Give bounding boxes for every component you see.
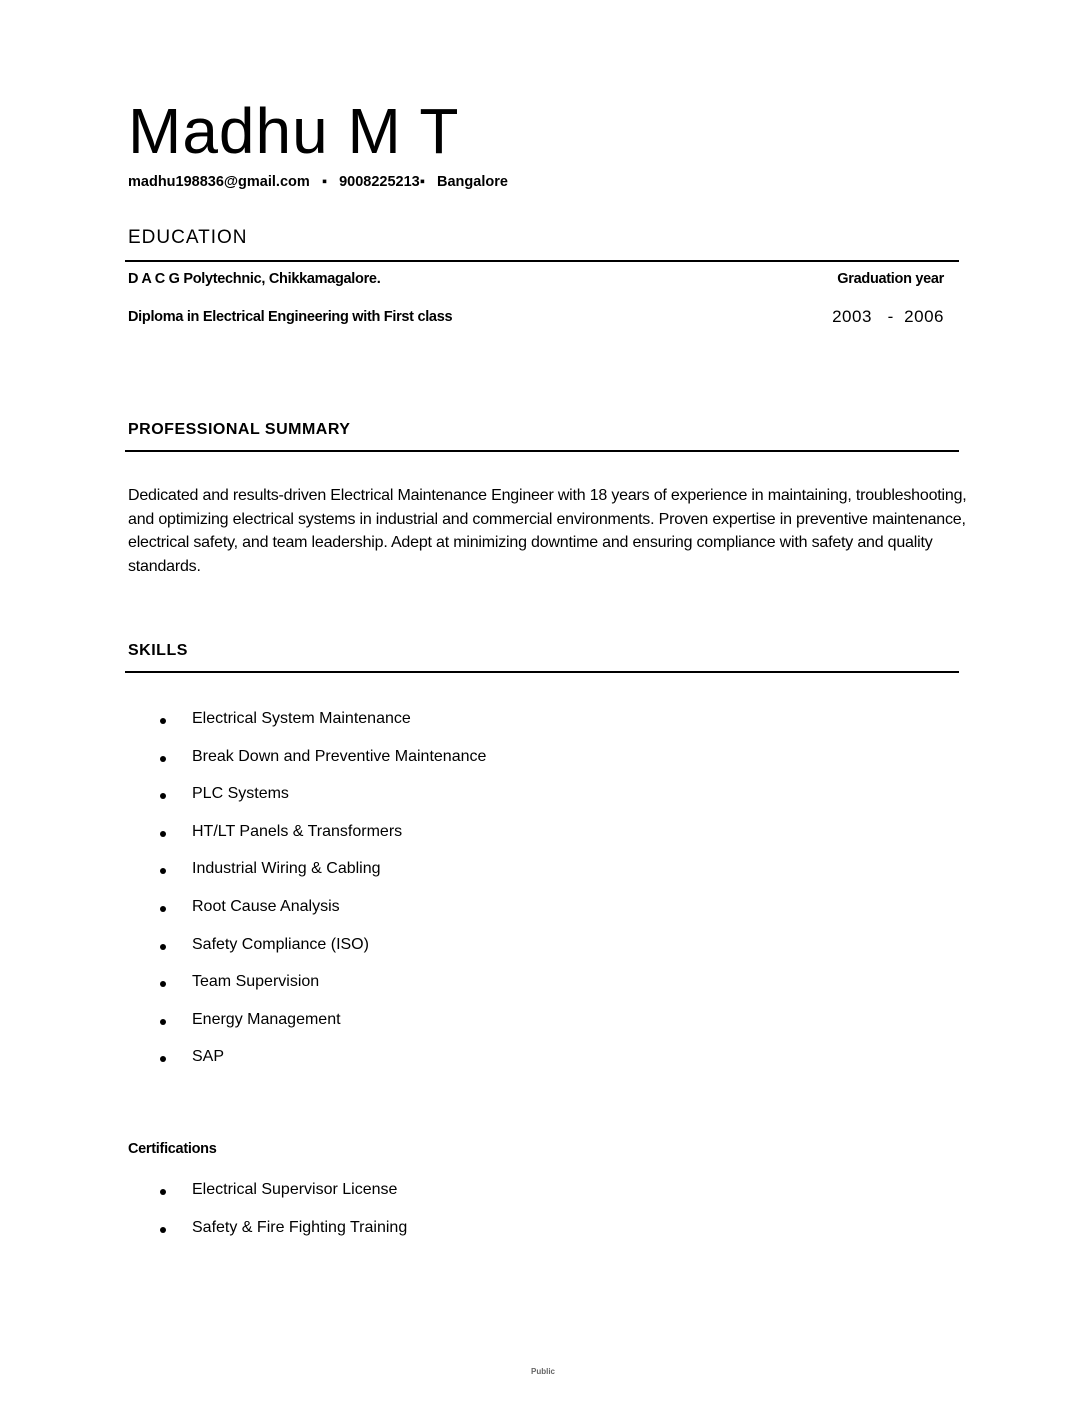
list-item-text: SAP xyxy=(192,1048,224,1066)
list-item-text: Industrial Wiring & Cabling xyxy=(192,860,381,878)
skills-heading: SKILLS xyxy=(128,642,188,660)
separator: ▪ xyxy=(322,174,327,190)
location: Bangalore xyxy=(437,174,508,190)
list-item-text: Safety & Fire Fighting Training xyxy=(192,1219,407,1237)
skills-divider xyxy=(125,671,959,673)
education-heading: EDUCATION xyxy=(128,227,247,249)
summary-divider xyxy=(125,450,959,452)
summary-heading: PROFESSIONAL SUMMARY xyxy=(128,421,350,439)
bullet-icon xyxy=(160,831,166,837)
bullet-icon xyxy=(160,793,166,799)
list-item-text: Root Cause Analysis xyxy=(192,898,340,916)
bullet-icon xyxy=(160,868,166,874)
list-item-text: HT/LT Panels & Transformers xyxy=(192,823,402,841)
certifications-heading: Certifications xyxy=(128,1141,216,1157)
bullet-icon xyxy=(160,1056,166,1062)
education-row-degree: Diploma in Electrical Engineering with F… xyxy=(128,309,944,327)
contact-line: madhu198836@gmail.com ▪ 9008225213▪ Bang… xyxy=(128,174,508,190)
bullet-icon xyxy=(160,756,166,762)
graduation-label: Graduation year xyxy=(837,271,944,287)
bullet-icon xyxy=(160,1227,166,1233)
classification-label: Public xyxy=(531,1367,555,1376)
list-item-text: Electrical System Maintenance xyxy=(192,710,411,728)
separator: ▪ xyxy=(420,174,425,190)
education-row-institution: D A C G Polytechnic, Chikkamagalore. Gra… xyxy=(128,271,944,287)
summary-text: Dedicated and results-driven Electrical … xyxy=(128,484,968,578)
institution: D A C G Polytechnic, Chikkamagalore. xyxy=(128,271,380,287)
education-divider xyxy=(125,260,959,262)
bullet-icon xyxy=(160,1019,166,1025)
graduation-years: 2003 - 2006 xyxy=(832,307,944,327)
list-item-text: Team Supervision xyxy=(192,973,319,991)
candidate-name: Madhu M T xyxy=(128,96,460,166)
bullet-icon xyxy=(160,718,166,724)
list-item-text: Energy Management xyxy=(192,1011,341,1029)
degree: Diploma in Electrical Engineering with F… xyxy=(128,309,452,327)
list-item-text: PLC Systems xyxy=(192,785,289,803)
list-item-text: Break Down and Preventive Maintenance xyxy=(192,748,486,766)
email: madhu198836@gmail.com xyxy=(128,174,310,190)
list-item-text: Safety Compliance (ISO) xyxy=(192,936,369,954)
phone: 9008225213 xyxy=(339,174,420,190)
bullet-icon xyxy=(160,1189,166,1195)
bullet-icon xyxy=(160,944,166,950)
bullet-icon xyxy=(160,906,166,912)
bullet-icon xyxy=(160,981,166,987)
list-item-text: Electrical Supervisor License xyxy=(192,1181,397,1199)
